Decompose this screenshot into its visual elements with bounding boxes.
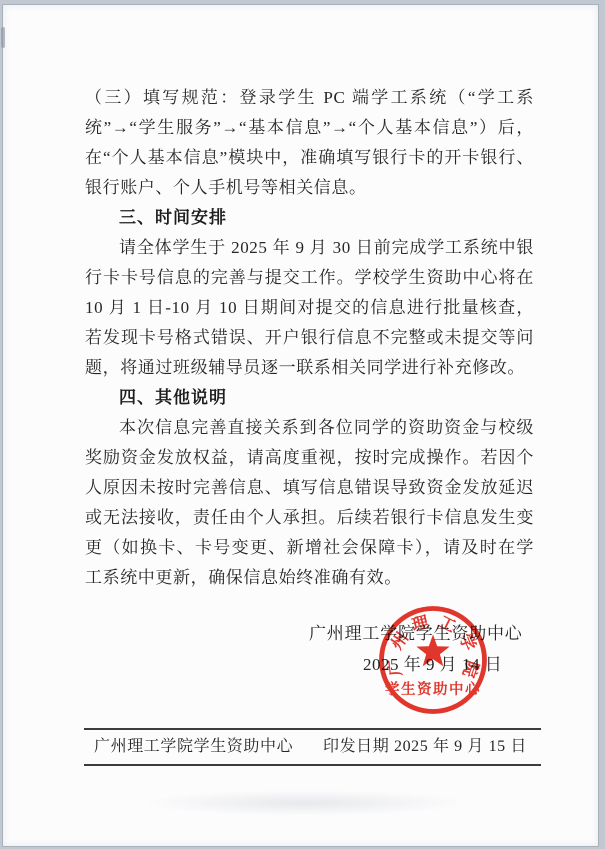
footer-rule-top <box>84 728 541 730</box>
seal-star-icon <box>416 635 449 667</box>
footer: 广州理工学院学生资助中心 印发日期 2025 年 9 月 15 日 <box>84 732 541 762</box>
paragraph-filling-rules: （三）填写规范：登录学生 PC 端学工系统（“学工系统”→“学生服务”→“基本信… <box>85 83 534 203</box>
section-heading-time-schedule: 三、时间安排 <box>85 203 534 233</box>
document-page: （三）填写规范：登录学生 PC 端学工系统（“学工系统”→“学生服务”→“基本信… <box>3 5 598 846</box>
scan-artifact-bottom <box>140 790 470 816</box>
footer-print-date: 印发日期 2025 年 9 月 15 日 <box>323 732 541 762</box>
footer-rule-bottom <box>84 764 541 766</box>
official-seal-stamp: 广州理工学院 学生资助中心 <box>367 594 499 726</box>
document-body: （三）填写规范：登录学生 PC 端学工系统（“学工系统”→“学生服务”→“基本信… <box>85 83 534 593</box>
section-heading-other-notes: 四、其他说明 <box>85 383 534 413</box>
paragraph-other-notes: 本次信息完善直接关系到各位同学的资助资金与校级奖励资金发放权益，请高度重视，按时… <box>85 413 534 593</box>
paragraph-time-schedule: 请全体学生于 2025 年 9 月 30 日前完成学工系统中银行卡卡号信息的完善… <box>85 233 534 383</box>
scanned-notice-page: { "document": { "blocks": [ { "type": "p… <box>0 0 605 849</box>
seal-center-text: 学生资助中心 <box>385 680 481 698</box>
scan-artifact-left-edge <box>1 27 5 48</box>
footer-issuing-org: 广州理工学院学生资助中心 <box>84 732 293 762</box>
